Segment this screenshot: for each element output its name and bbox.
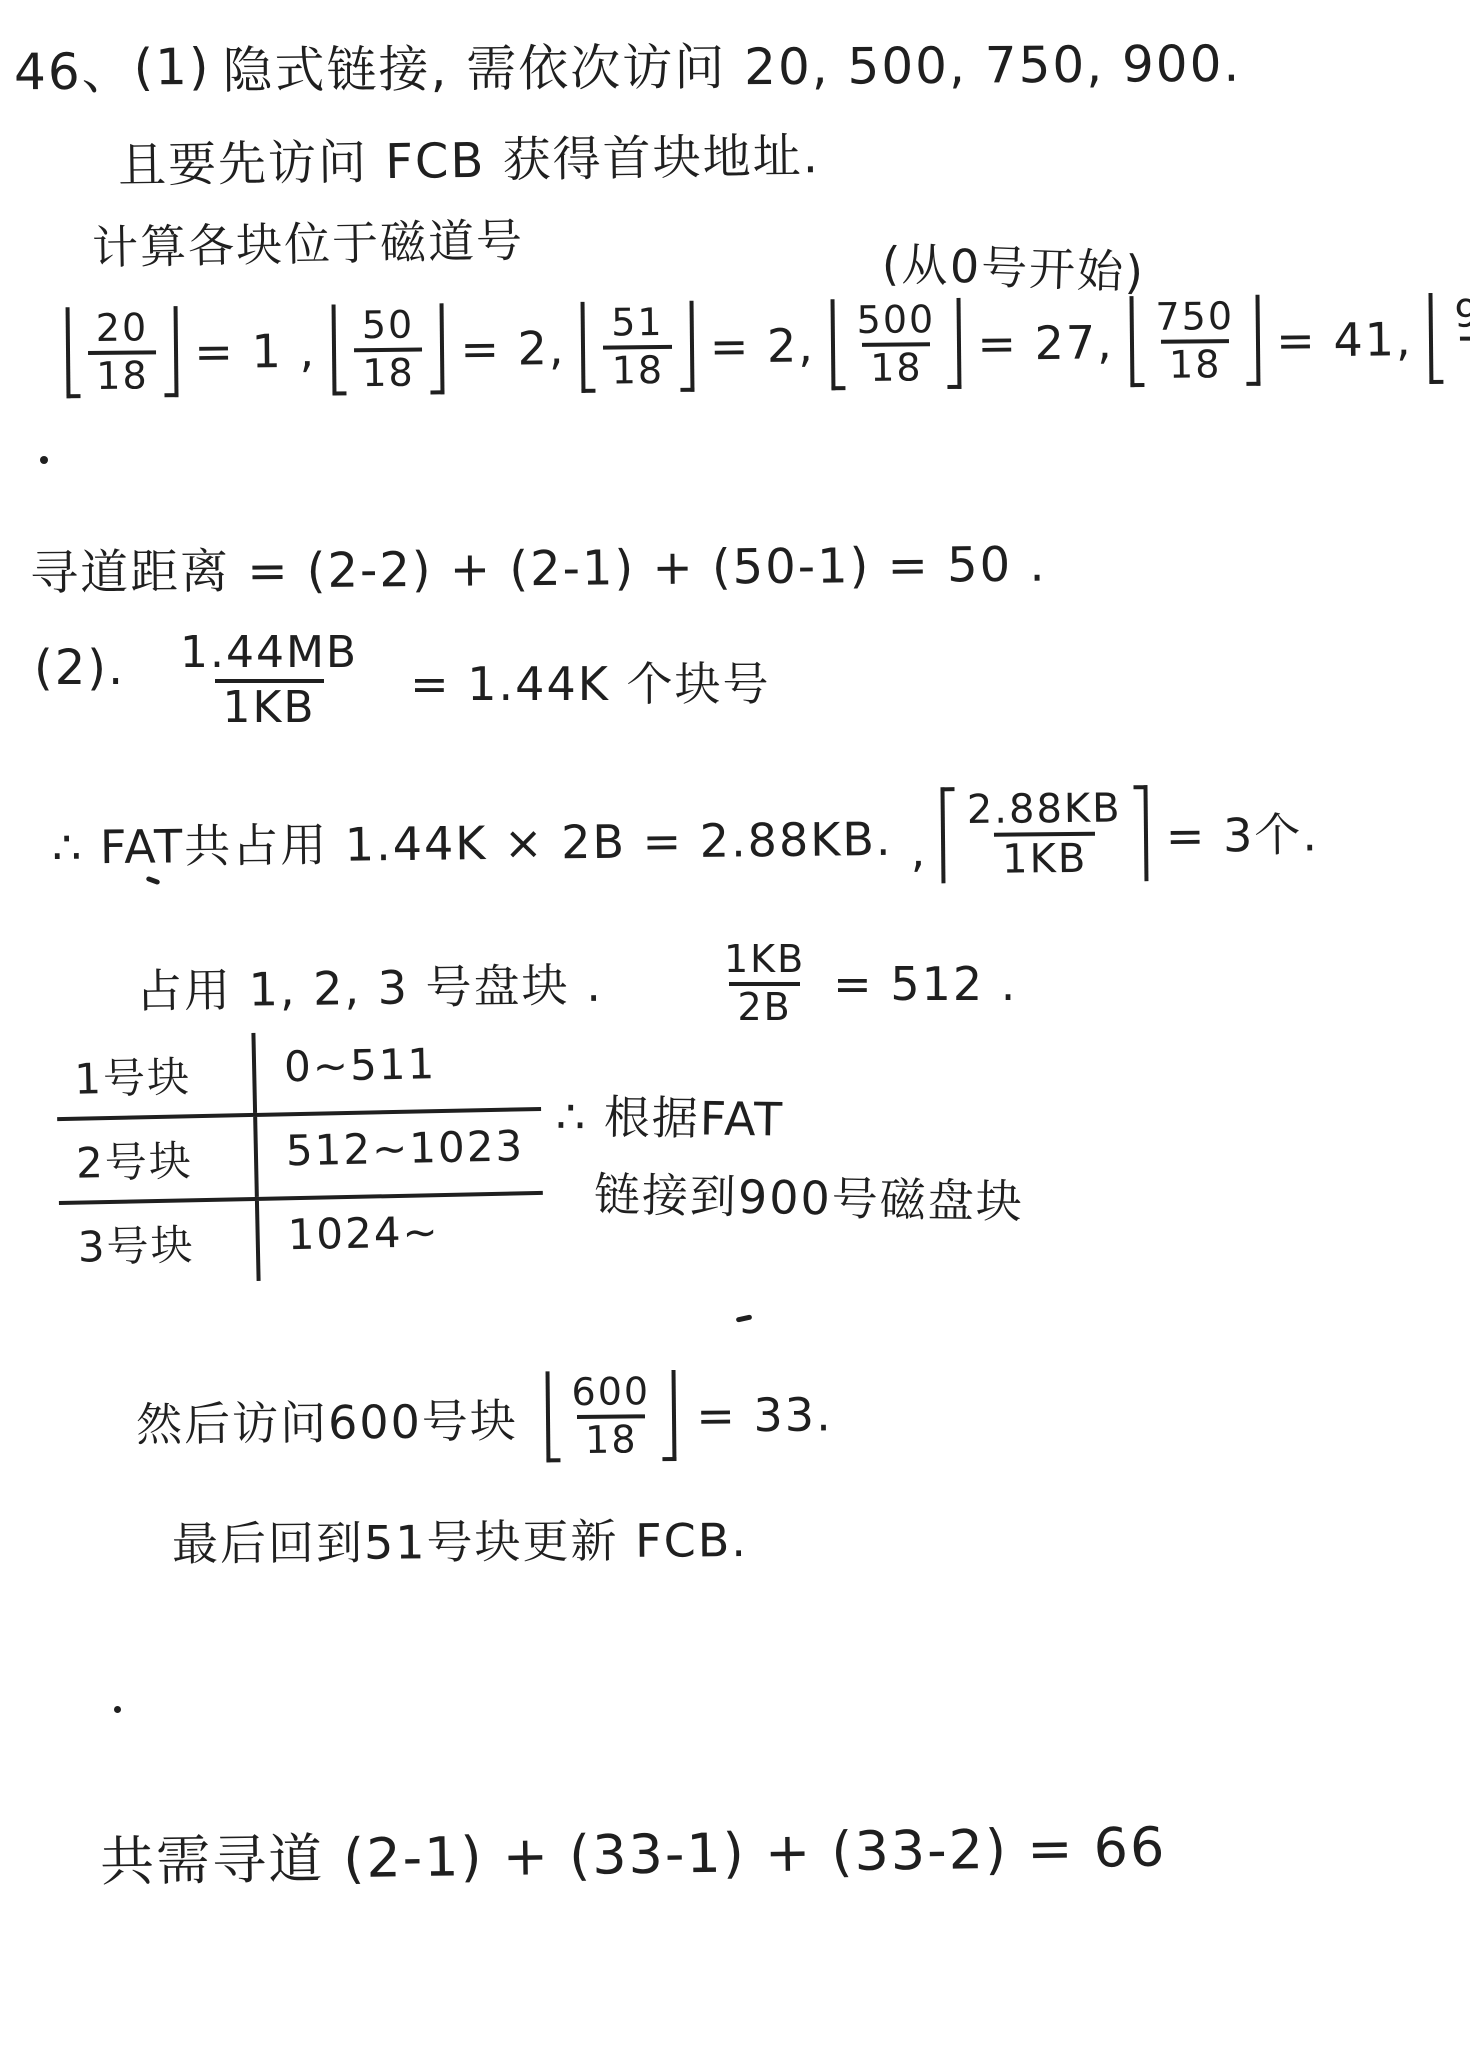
numerator: 20 xyxy=(92,306,153,350)
floor-term-900-18: 900 18 xyxy=(1428,292,1470,385)
fat-size-text: ∴ FAT共占用 1.44K × 2B = 2.88KB. xyxy=(52,803,893,878)
capacity-numerator: 1.44MB xyxy=(176,628,362,679)
denominator: 18 xyxy=(603,345,672,393)
numerator: 51 xyxy=(607,301,668,345)
denominator: 18 xyxy=(354,347,423,395)
part1-label: (1) xyxy=(133,38,210,97)
numerator: 750 xyxy=(1151,295,1238,340)
ink-dot xyxy=(114,1706,121,1713)
denominator: 18 xyxy=(862,342,931,390)
lceil-icon xyxy=(941,787,956,883)
lfloor-icon xyxy=(1129,296,1144,388)
ink-dash xyxy=(736,1314,753,1322)
track-calculation-line: 20 18 = 1 , 50 18 = 2, 51 18 = 2, xyxy=(60,293,1461,399)
lfloor-icon xyxy=(1428,293,1443,385)
floor-result: = 2, xyxy=(460,321,566,376)
block-range: 0~511 xyxy=(255,1027,517,1112)
problem-line-1: 46、 (1) 隐式链接, 需依次访问 20, 500, 750, 900. xyxy=(14,24,1242,105)
denominator: 18 xyxy=(88,350,157,398)
table-row: 3号块 1024~ xyxy=(59,1195,545,1285)
denominator: 2B xyxy=(729,982,799,1030)
ink-dot xyxy=(40,456,48,464)
rfloor-icon xyxy=(164,306,179,398)
problem-number: 46、 xyxy=(14,31,134,104)
numerator: 900 xyxy=(1450,292,1470,337)
denominator: 18 xyxy=(1460,336,1470,384)
floor-term-750-18: 750 18 xyxy=(1129,295,1260,388)
rfloor-icon xyxy=(947,298,962,390)
floor-result: = 27, xyxy=(977,315,1114,370)
rfloor-icon xyxy=(679,301,694,393)
access-600-line: 然后访问600号块 600 18 = 33. xyxy=(136,1368,834,1467)
total-seek-line: 共需寻道 (2-1) + (33-1) + (33-2) = 66 xyxy=(100,1805,1167,1897)
lfloor-icon xyxy=(66,307,81,399)
fat-size-separator: , xyxy=(910,823,927,877)
line2-fcb: 且要先访问 FCB 获得首块地址. xyxy=(118,117,821,196)
capacity-result: = 1.44K 个块号 xyxy=(410,648,770,714)
block-label: 1号块 xyxy=(55,1033,257,1117)
seek-distance-line: 寻道距离 = (2-2) + (2-1) + (50-1) = 50 . xyxy=(30,526,1047,604)
table-row: 1号块 0~511 xyxy=(55,1027,541,1121)
rfloor-icon xyxy=(662,1370,677,1462)
floor-result: = 1 , xyxy=(194,323,316,378)
occupy-blocks-line: 占用 1, 2, 3 号盘块 . xyxy=(136,949,604,1022)
block-range: 512~1023 xyxy=(257,1111,543,1197)
fat-blocks-table: 1号块 0~511 2号块 512~1023 3号块 1024~ xyxy=(55,1027,544,1285)
floor-term-51-18: 51 18 xyxy=(581,301,694,394)
floor-600-result: = 33. xyxy=(696,1387,833,1442)
numerator: 500 xyxy=(852,298,939,343)
table-row: 2号块 512~1023 xyxy=(57,1111,543,1205)
lfloor-icon xyxy=(581,302,596,394)
block-label: 3号块 xyxy=(59,1201,261,1285)
rfloor-icon xyxy=(1246,295,1261,387)
line1-text: 隐式链接, 需依次访问 20, 500, 750, 900. xyxy=(222,24,1241,103)
numerator: 1KB xyxy=(720,938,809,982)
numerator: 600 xyxy=(567,1370,654,1415)
line3-track-calc-title: 计算各块位于磁道号 xyxy=(91,204,524,278)
floor-term-600-18: 600 18 xyxy=(545,1370,676,1463)
lfloor-icon xyxy=(830,299,845,391)
update-fcb-line: 最后回到51号块更新 FCB. xyxy=(172,1504,748,1574)
block-label: 2号块 xyxy=(57,1117,259,1201)
entries-result: = 512 . xyxy=(833,957,1017,1011)
floor-result: = 41, xyxy=(1276,312,1413,367)
entries-per-block-calc: 1KB 2B = 512 . xyxy=(712,938,1017,1029)
numerator: 50 xyxy=(358,304,419,348)
part2-label: (2). xyxy=(34,640,125,696)
floor-result: = 2, xyxy=(710,318,816,373)
floor-term-20-18: 20 18 xyxy=(66,306,179,399)
handwritten-page: 46、 (1) 隐式链接, 需依次访问 20, 500, 750, 900. 且… xyxy=(0,0,1470,2048)
capacity-denominator: 1KB xyxy=(215,679,324,734)
rceil-icon xyxy=(1133,785,1148,881)
denominator: 1KB xyxy=(994,832,1096,883)
fat-note-line2: 链接到900号磁盘块 xyxy=(593,1158,1024,1231)
floor-term-500-18: 500 18 xyxy=(830,298,961,391)
denominator: 18 xyxy=(1161,339,1230,387)
lfloor-icon xyxy=(332,304,347,396)
line3-note-start-from-zero: (从0号开始) xyxy=(881,227,1146,302)
floor-term-50-18: 50 18 xyxy=(332,303,445,396)
rfloor-icon xyxy=(430,303,445,395)
ceil-term-288-1: 2.88KB 1KB xyxy=(941,785,1149,883)
fat-size-line: ∴ FAT共占用 1.44K × 2B = 2.88KB. , 2.88KB 1… xyxy=(52,783,1320,892)
lfloor-icon xyxy=(545,1371,560,1463)
block-range: 1024~ xyxy=(259,1195,521,1280)
denominator: 18 xyxy=(577,1414,646,1462)
fat-blocks-result: = 3个. xyxy=(1165,798,1319,866)
numerator: 2.88KB xyxy=(963,785,1126,833)
capacity-calc: 1.44MB 1KB = 1.44K 个块号 xyxy=(168,628,771,733)
access-600-text: 然后访问600号块 xyxy=(136,1384,518,1454)
fat-note-line1: ∴ 根据FAT xyxy=(556,1080,785,1149)
